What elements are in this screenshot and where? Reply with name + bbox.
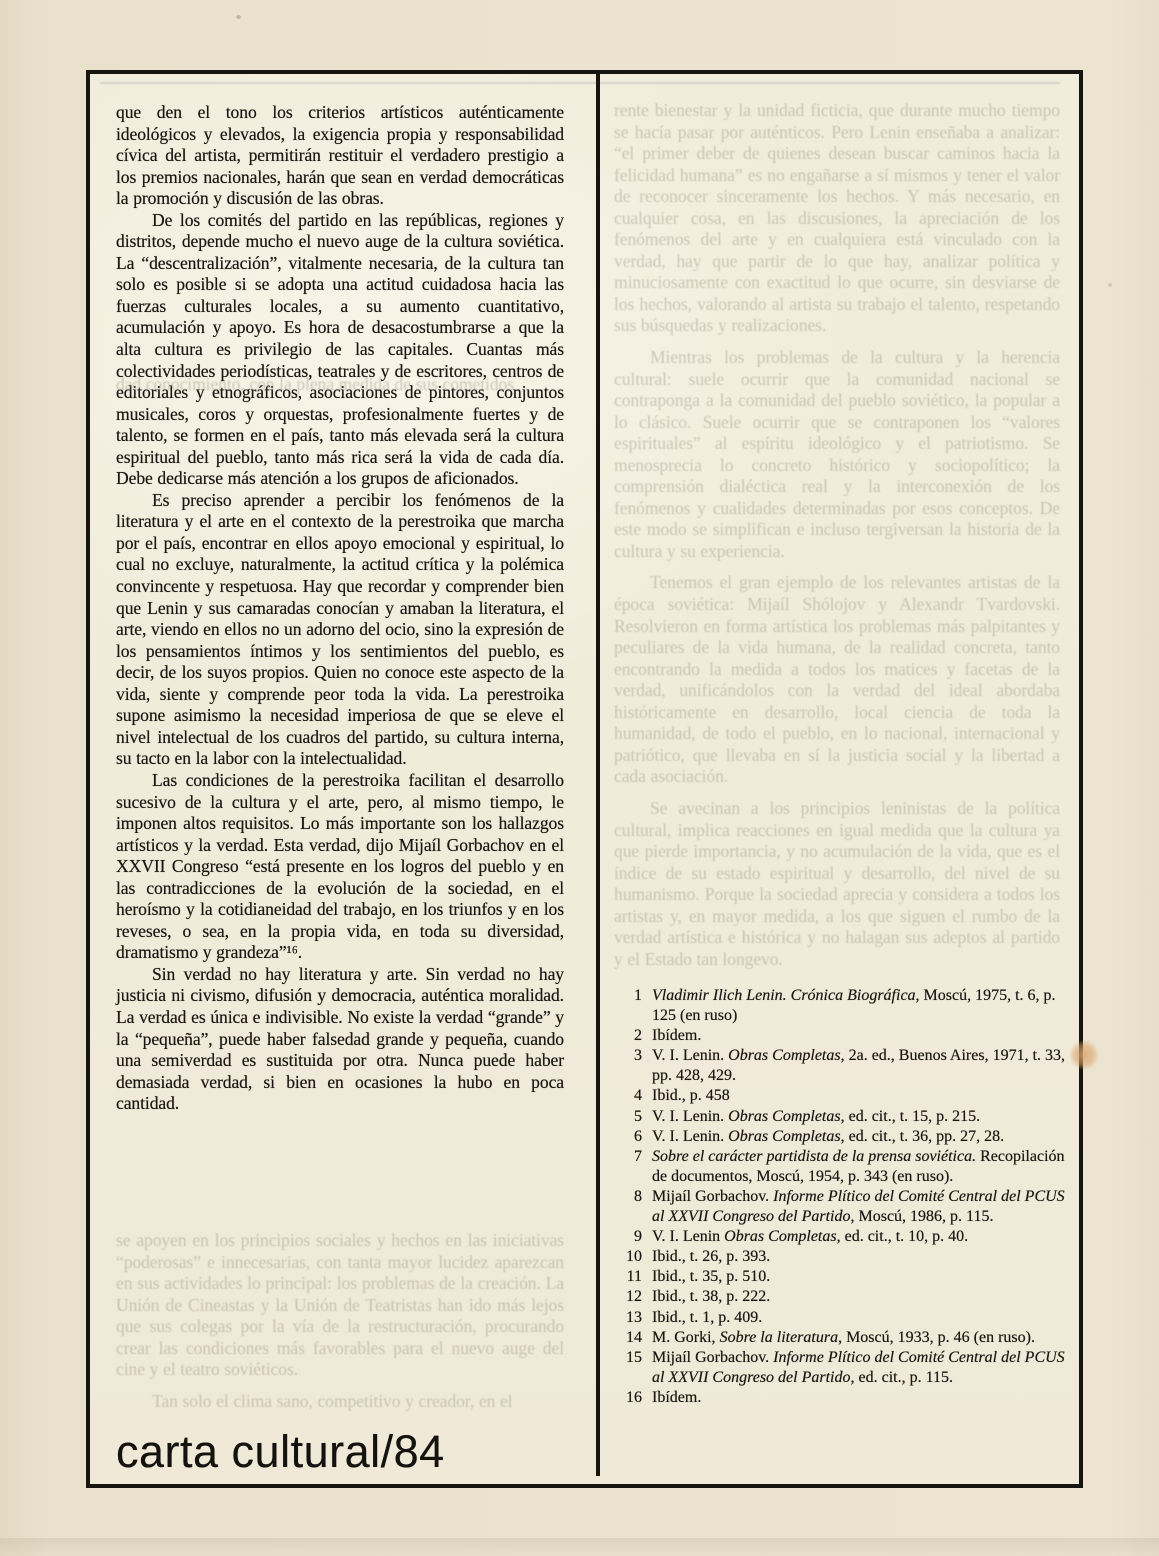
footnote-item: 2Ibídem. (614, 1026, 1066, 1046)
footnote-plain-text: V. I. Lenin. (652, 1047, 728, 1064)
body-paragraph: Es preciso aprender a percibir los fenóm… (116, 490, 564, 770)
footnote-title-italic: Obras Completas (728, 1128, 840, 1145)
journal-logo: carta cultural/84 (116, 1426, 445, 1478)
footnote-title-italic: Obras Completas (724, 1228, 836, 1245)
bleedthrough-paragraph: rente bienestar y la unidad ficticia, qu… (614, 100, 1060, 337)
bleedthrough-paragraph: se apoyen en los principios sociales y h… (116, 1230, 564, 1381)
footnote-item: 8Mijaíl Gorbachov. Informe Plítico del C… (614, 1187, 1066, 1227)
footnote-number: 7 (614, 1147, 652, 1167)
scan-edge-shadow (0, 1538, 1159, 1556)
paper-speck (1108, 283, 1112, 287)
footnote-number: 14 (614, 1328, 652, 1348)
body-paragraph: que den el tono los criterios artísticos… (116, 102, 564, 210)
footnote-number: 9 (614, 1227, 652, 1247)
footnote-item: 12Ibid., t. 38, p. 222. (614, 1287, 1066, 1307)
footnote-number: 11 (614, 1267, 652, 1287)
footnote-plain-text: Ibid., t. 35, p. 510. (652, 1268, 770, 1285)
footnote-item: 16Ibídem. (614, 1388, 1066, 1408)
footnote-plain-text: , Moscú, 1933, p. 46 (en ruso). (838, 1329, 1035, 1346)
footnote-text: Ibídem. (652, 1026, 1066, 1046)
footnote-text: V. I. Lenin. Obras Completas, ed. cit., … (652, 1107, 1066, 1127)
footnote-plain-text: M. Gorki, (652, 1329, 720, 1346)
footnote-number: 12 (614, 1287, 652, 1307)
footnote-item: 14M. Gorki, Sobre la literatura, Moscú, … (614, 1328, 1066, 1348)
body-paragraph: Las condiciones de la perestroika facili… (116, 770, 564, 964)
footnote-number: 8 (614, 1187, 652, 1207)
footnote-title-italic: Obras Completas (728, 1108, 840, 1125)
footnote-plain-text: Ibídem. (652, 1389, 701, 1406)
footnote-item: 3V. I. Lenin. Obras Completas, 2a. ed., … (614, 1046, 1066, 1086)
footnotes-list: 1Vladimir Ilich Lenin. Crónica Biográfic… (614, 986, 1066, 1408)
footnote-text: Ibid., t. 26, p. 393. (652, 1247, 1066, 1267)
footnote-text: V. I. Lenin. Obras Completas, 2a. ed., B… (652, 1046, 1066, 1086)
scan-artifact-line (100, 82, 1060, 84)
footnote-text: Mijaíl Gorbachov. Informe Plítico del Co… (652, 1348, 1066, 1388)
footnote-item: 1Vladimir Ilich Lenin. Crónica Biográfic… (614, 986, 1066, 1026)
footnote-item: 11Ibid., t. 35, p. 510. (614, 1267, 1066, 1287)
footnote-number: 16 (614, 1388, 652, 1408)
footnote-number: 5 (614, 1107, 652, 1127)
footnote-text: Ibid., t. 38, p. 222. (652, 1287, 1066, 1307)
footnote-plain-text: Ibid., t. 1, p. 409. (652, 1309, 762, 1326)
footnote-text: Ibid., p. 458 (652, 1086, 1066, 1106)
bleedthrough-paragraph: Tan solo el clima sano, competitivo y cr… (116, 1391, 564, 1413)
bleedthrough-paragraph: Mientras los problemas de la cultura y l… (614, 347, 1060, 562)
footnote-number: 3 (614, 1046, 652, 1066)
footnote-plain-text: , Moscú, 1986, p. 115. (851, 1208, 994, 1225)
footnote-text: V. I. Lenin. Obras Completas, ed. cit., … (652, 1127, 1066, 1147)
paper-speck (236, 15, 241, 19)
bleedthrough-paragraph: dad conocimiento, con la plena medida de… (116, 374, 564, 396)
footnote-item: 10Ibid., t. 26, p. 393. (614, 1247, 1066, 1267)
footnote-plain-text: Mijaíl Gorbachov. (652, 1188, 773, 1205)
footnote-text: Vladimir Ilich Lenin. Crónica Biográfica… (652, 986, 1066, 1026)
footnote-plain-text: , ed. cit., t. 36, pp. 27, 28. (841, 1128, 1005, 1145)
footnote-plain-text: , ed. cit., t. 10, p. 40. (837, 1228, 969, 1245)
bleedthrough-paragraph: Se avecinan a los principios leninistas … (614, 798, 1060, 970)
footnote-plain-text: Ibid., t. 26, p. 393. (652, 1248, 770, 1265)
body-paragraph: Sin verdad no hay literatura y arte. Sin… (116, 964, 564, 1115)
bleedthrough-text-fragment: dad conocimiento, con la plena medida de… (116, 374, 564, 398)
footnote-text: Sobre el carácter partidista de la prens… (652, 1147, 1066, 1187)
footnote-text: M. Gorki, Sobre la literatura, Moscú, 19… (652, 1328, 1066, 1348)
column-divider-rule (596, 74, 600, 1476)
footnote-plain-text: , ed. cit., t. 15, p. 215. (841, 1108, 981, 1125)
footnote-plain-text: Ibídem. (652, 1027, 701, 1044)
footnote-plain-text: Ibid., p. 458 (652, 1087, 730, 1104)
footnote-number: 13 (614, 1308, 652, 1328)
paper-stain (1069, 1040, 1099, 1070)
bleedthrough-text-left: se apoyen en los principios sociales y h… (116, 1230, 564, 1442)
footnote-title-italic: Sobre la literatura (720, 1329, 839, 1346)
footnote-item: 13Ibid., t. 1, p. 409. (614, 1308, 1066, 1328)
footnote-item: 4Ibid., p. 458 (614, 1086, 1066, 1106)
footnote-plain-text: , ed. cit., p. 115. (851, 1369, 954, 1386)
footnote-title-italic: Obras Completas (728, 1047, 840, 1064)
bleedthrough-paragraph: Tenemos el gran ejemplo de los relevante… (614, 572, 1060, 787)
footnote-text: Ibid., t. 35, p. 510. (652, 1267, 1066, 1287)
footnote-number: 15 (614, 1348, 652, 1368)
footnote-title-italic: Sobre el carácter partidista de la prens… (652, 1148, 976, 1165)
footnote-item: 5V. I. Lenin. Obras Completas, ed. cit.,… (614, 1107, 1066, 1127)
footnote-item: 9V. I. Lenin Obras Completas, ed. cit., … (614, 1227, 1066, 1247)
footnote-item: 15Mijaíl Gorbachov. Informe Plítico del … (614, 1348, 1066, 1388)
footnote-text: V. I. Lenin Obras Completas, ed. cit., t… (652, 1227, 1066, 1247)
footnote-title-italic: Vladimir Ilich Lenin. Crónica Biográfica (652, 987, 916, 1004)
footnote-number: 10 (614, 1247, 652, 1267)
footnote-item: 7Sobre el carácter partidista de la pren… (614, 1147, 1066, 1187)
footnote-number: 2 (614, 1026, 652, 1046)
body-paragraph: De los comités del partido en las repúbl… (116, 210, 564, 490)
footnote-item: 6V. I. Lenin. Obras Completas, ed. cit.,… (614, 1127, 1066, 1147)
footnote-plain-text: V. I. Lenin (652, 1228, 724, 1245)
footnote-plain-text: Mijaíl Gorbachov. (652, 1349, 773, 1366)
footnote-number: 1 (614, 986, 652, 1006)
footnote-number: 4 (614, 1086, 652, 1106)
left-text-column: que den el tono los criterios artísticos… (116, 102, 564, 1115)
bleedthrough-text-right: rente bienestar y la unidad ficticia, qu… (614, 100, 1060, 984)
footnote-plain-text: V. I. Lenin. (652, 1128, 728, 1145)
page-border-frame: que den el tono los criterios artísticos… (86, 70, 1083, 1488)
scanned-page-background: que den el tono los criterios artísticos… (0, 0, 1159, 1556)
footnote-plain-text: V. I. Lenin. (652, 1108, 728, 1125)
footnote-plain-text: Ibid., t. 38, p. 222. (652, 1288, 770, 1305)
footnote-text: Ibid., t. 1, p. 409. (652, 1308, 1066, 1328)
footnote-number: 6 (614, 1127, 652, 1147)
footnote-text: Mijaíl Gorbachov. Informe Plítico del Co… (652, 1187, 1066, 1227)
footnote-text: Ibídem. (652, 1388, 1066, 1408)
